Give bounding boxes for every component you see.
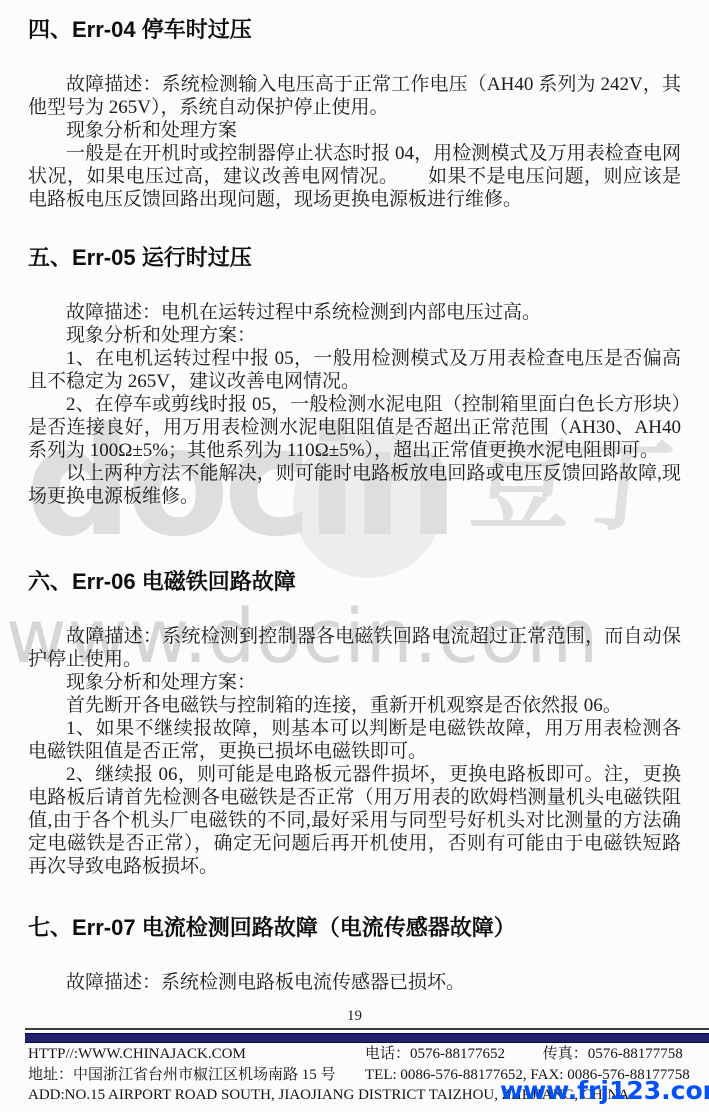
paragraph: 首先断开各电磁铁与控制箱的连接，重新开机观察是否依然报 06。 bbox=[28, 694, 681, 717]
paragraph: 1、在电机运转过程中报 05，一般用检测模式及万用表检查电压是否偏高且不稳定为 … bbox=[28, 347, 681, 393]
footer-row-1: HTTP//:WWW.CHINAJACK.COM 电话：0576-8817765… bbox=[28, 1044, 705, 1065]
footer-row-2: 地址：中国浙江省台州市椒江区机场南路 15 号 TEL: 0086-576-88… bbox=[28, 1065, 705, 1086]
paragraph: 故障描述：电机在运转过程中系统检测到内部电压过高。 bbox=[28, 301, 681, 324]
paragraph: 故障描述：系统检测到控制器各电磁铁回路电流超过正常范围，而自动保护停止使用。 bbox=[28, 625, 681, 671]
paragraph: 现象分析和处理方案： bbox=[28, 324, 681, 347]
footer-phone-cn: 电话：0576-88177652 bbox=[365, 1046, 505, 1062]
section-heading-err06: 六、Err-06 电磁铁回路故障 bbox=[28, 569, 681, 595]
paragraph: 1、如果不继续报故障，则基本可以判断是电磁铁故障，用万用表检测各电磁铁阻值是否正… bbox=[28, 717, 681, 763]
paragraph: 以上两种方法不能解决，则可能时电路板放电回路或电压反馈回路故障,现场更换电源板维… bbox=[28, 462, 681, 508]
paragraph: 一般是在开机时或控制器停止状态时报 04，用检测模式及万用表检查电网状况，如果电… bbox=[28, 142, 681, 211]
paragraph: 现象分析和处理方案 bbox=[28, 119, 681, 142]
footer-address-cn: 地址：中国浙江省台州市椒江区机场南路 15 号 bbox=[28, 1065, 365, 1086]
section-heading-err05: 五、Err-05 运行时过压 bbox=[28, 245, 681, 271]
section-heading-err04: 四、Err-04 停车时过压 bbox=[28, 17, 681, 43]
footer-tel-en: TEL: 0086-576-88177652, FAX: 0086-576-88… bbox=[365, 1065, 705, 1086]
footer-row-3: ADD:NO.15 AIRPORT ROAD SOUTH, JIAOJIANG … bbox=[28, 1085, 705, 1106]
footer: HTTP//:WWW.CHINAJACK.COM 电话：0576-8817765… bbox=[28, 1044, 705, 1106]
paragraph: 2、在停车或剪线时报 05，一般检测水泥电阻（控制箱里面白色长方形块）是否连接良… bbox=[28, 393, 681, 462]
footer-fax-cn: 传真：0576-88177758 bbox=[543, 1046, 683, 1062]
page-number: 19 bbox=[0, 1008, 709, 1025]
paragraph: 故障描述：系统检测输入电压高于正常工作电压（AH40 系列为 242V，其他型号… bbox=[28, 73, 681, 119]
paragraph: 2、继续报 06，则可能是电路板元器件损坏，更换电路板即可。注，更换电路板后请首… bbox=[28, 763, 681, 878]
footer-website: HTTP//:WWW.CHINAJACK.COM bbox=[28, 1044, 365, 1065]
footer-divider-thin bbox=[25, 1028, 709, 1030]
document-page: docin 豆丁 www.docin.com 四、Err-04 停车时过压 故障… bbox=[0, 0, 709, 1112]
paragraph: 现象分析和处理方案： bbox=[28, 671, 681, 694]
section-heading-err07: 七、Err-07 电流检测回路故障（电流传感器故障） bbox=[28, 915, 681, 941]
paragraph: 故障描述：系统检测电路板电流传感器已损坏。 bbox=[28, 971, 681, 994]
footer-address-en: ADD:NO.15 AIRPORT ROAD SOUTH, JIAOJIANG … bbox=[28, 1085, 629, 1106]
document-content: 四、Err-04 停车时过压 故障描述：系统检测输入电压高于正常工作电压（AH4… bbox=[0, 0, 709, 994]
footer-divider-bar bbox=[25, 1033, 709, 1043]
footer-phone-fax: 电话：0576-88177652 传真：0576-88177758 bbox=[365, 1044, 705, 1065]
